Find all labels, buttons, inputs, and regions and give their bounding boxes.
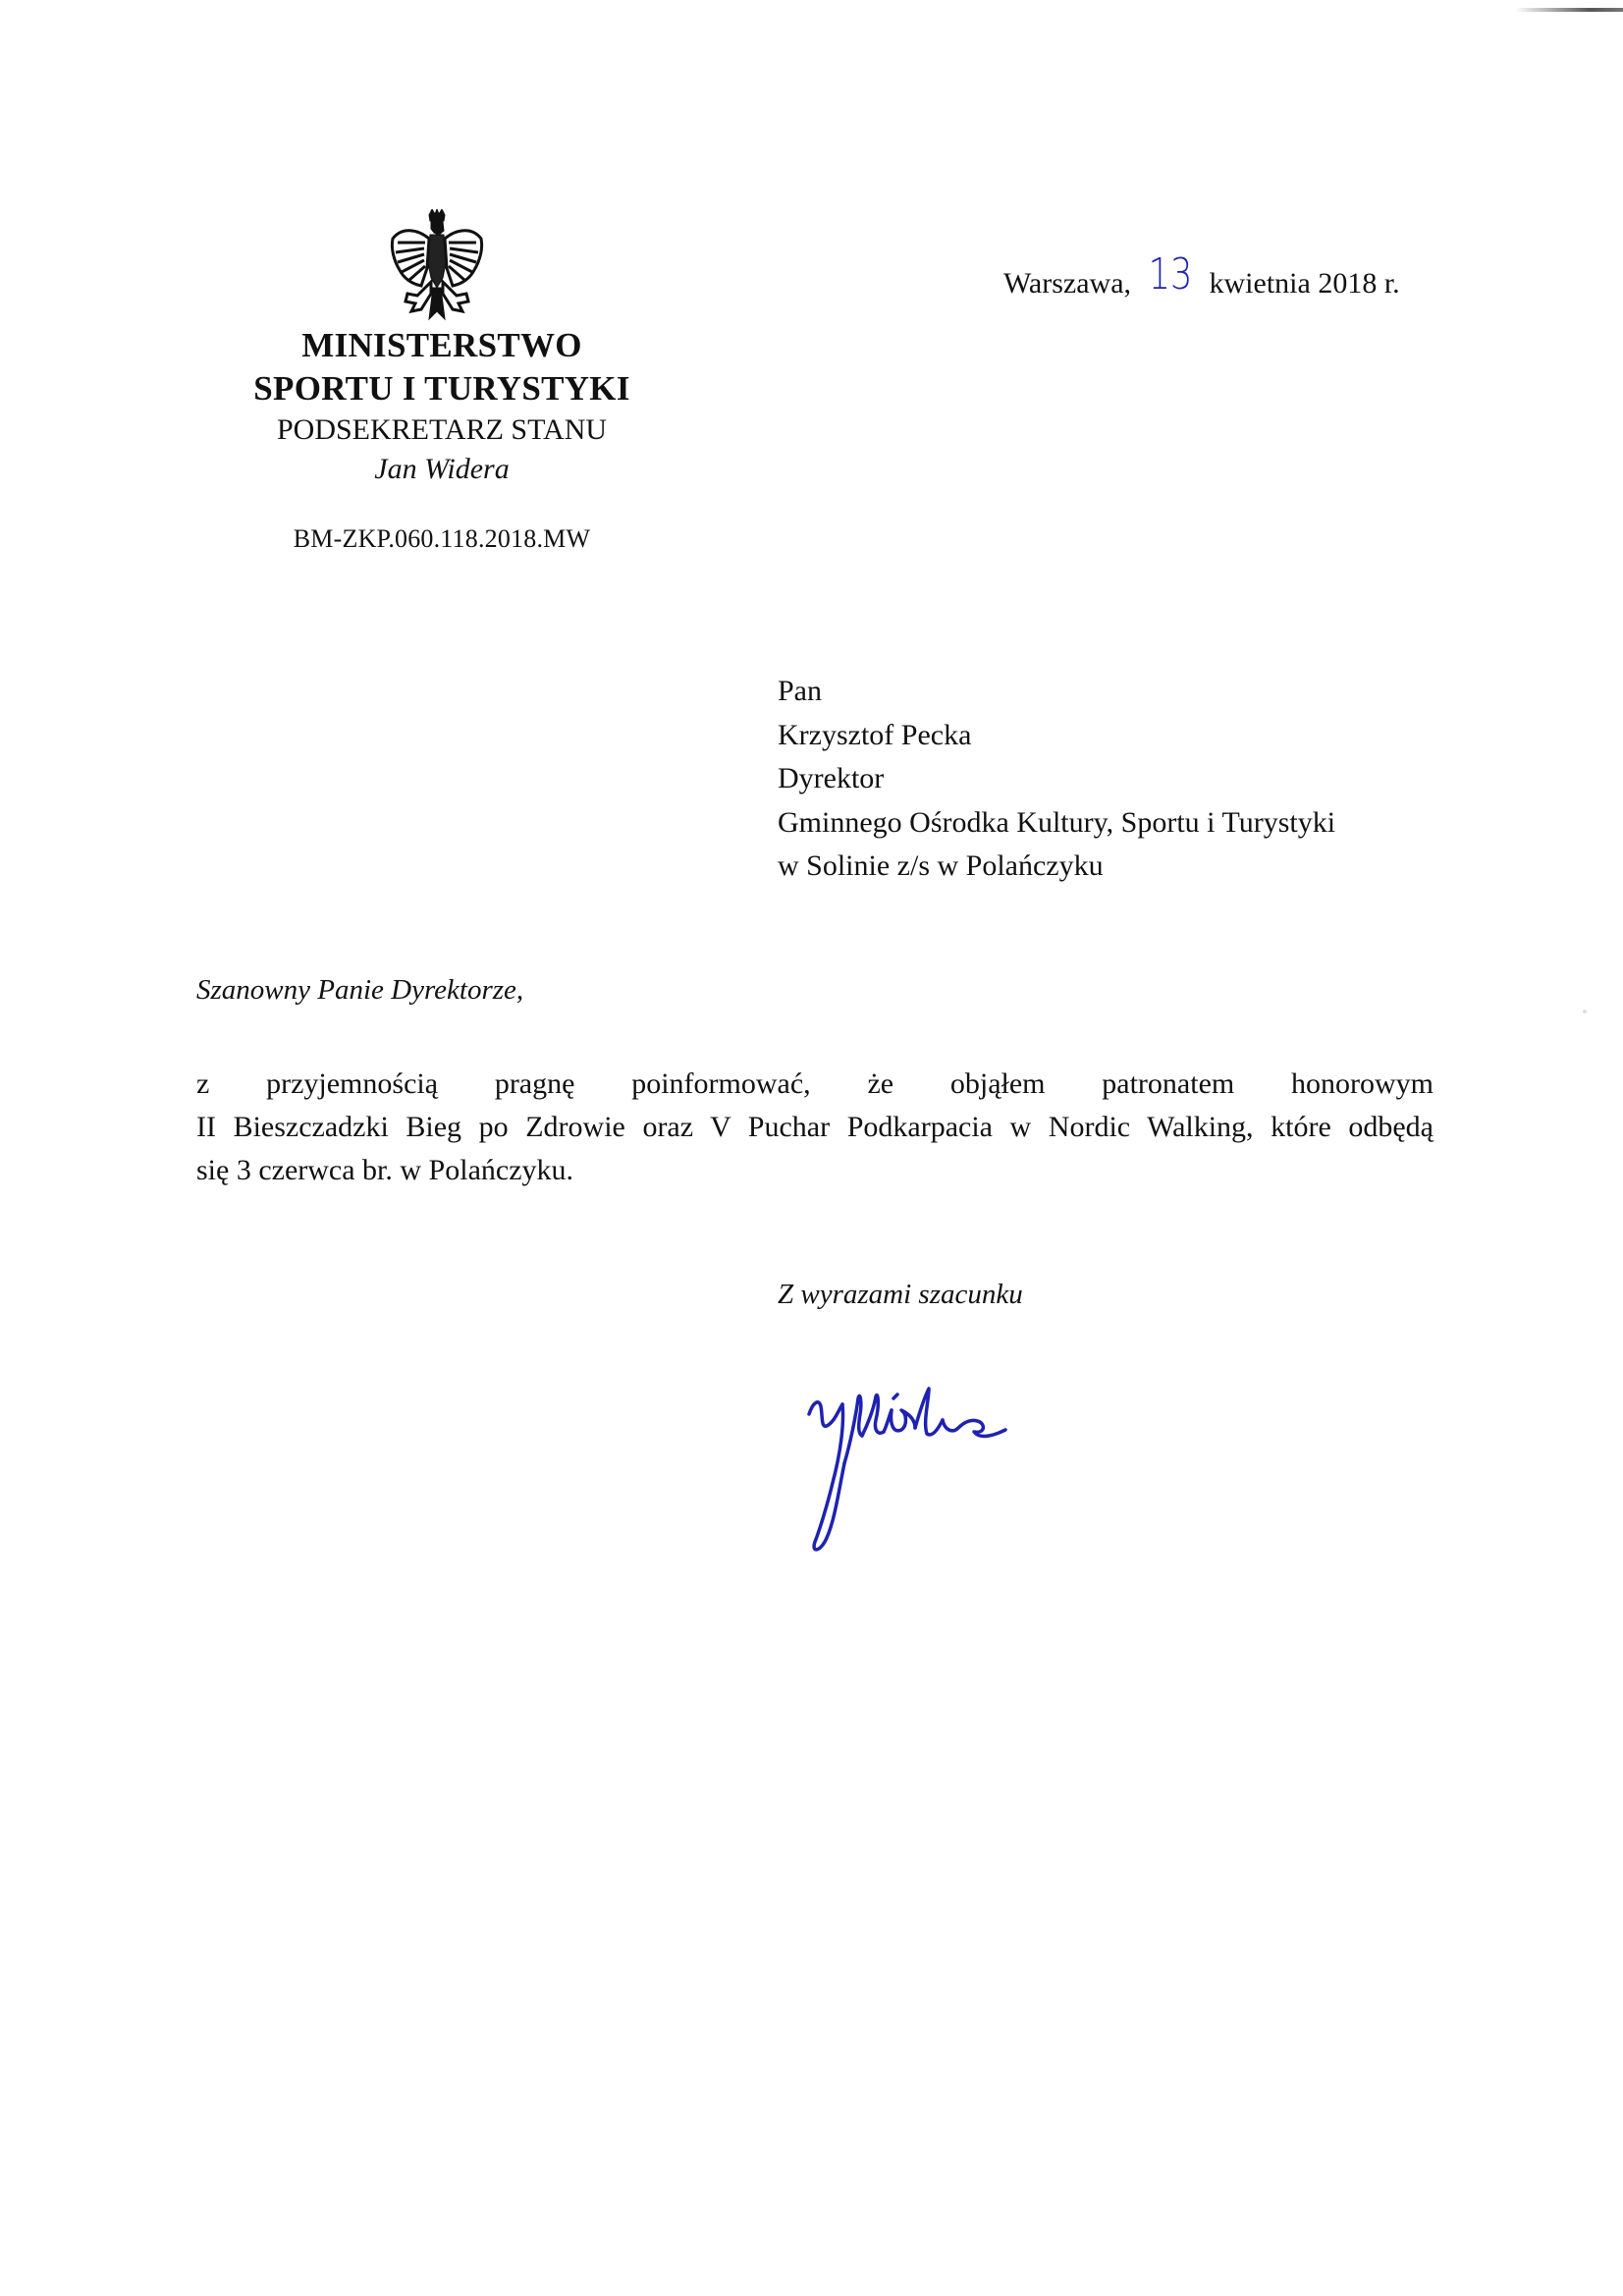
recipient-line: w Solinie z/s w Polańczyku: [778, 845, 1335, 889]
position-title: PODSEKRETARZ STANU: [196, 410, 687, 450]
body-line: się 3 czerwca br. w Polańczyku.: [196, 1149, 1434, 1192]
recipient-line: Gminnego Ośrodka Kultury, Sportu i Turys…: [778, 801, 1335, 846]
date-place: Warszawa,: [1003, 267, 1131, 300]
ministry-name-line2: SPORTU I TURYSTYKI: [196, 367, 687, 410]
ministry-name-line1: MINISTERSTWO: [196, 324, 687, 367]
reference-number: BM-ZKP.060.118.2018.MW: [196, 524, 687, 554]
recipient-line: Pan: [778, 670, 1335, 714]
date-rest: kwietnia 2018 r.: [1210, 267, 1400, 300]
letterhead: MINISTERSTWO SPORTU I TURYSTYKI PODSEKRE…: [196, 324, 687, 554]
recipient-line: Dyrektor: [778, 757, 1335, 801]
letter-body: z przyjemnością pragnę poinformować, że …: [196, 1063, 1434, 1192]
letter-date: Warszawa,13 kwietnia 2018 r.: [1003, 253, 1400, 303]
polish-eagle-emblem-icon: [388, 209, 486, 322]
closing-phrase: Z wyrazami szacunku: [778, 1279, 1023, 1311]
salutation: Szanowny Panie Dyrektorze,: [196, 974, 523, 1007]
date-day-handwritten: 13: [1149, 249, 1193, 300]
body-line: II Bieszczadzki Bieg po Zdrowie oraz V P…: [196, 1106, 1434, 1149]
handwritten-signature: [805, 1385, 1100, 1561]
recipient-line: Krzysztof Pecka: [778, 714, 1335, 758]
scan-speck: [1583, 1010, 1587, 1013]
recipient-address: Pan Krzysztof Pecka Dyrektor Gminnego Oś…: [778, 670, 1335, 889]
body-line: z przyjemnością pragnę poinformować, że …: [196, 1063, 1434, 1106]
official-name: Jan Widera: [196, 450, 687, 489]
scan-edge-mark: [1515, 8, 1623, 12]
